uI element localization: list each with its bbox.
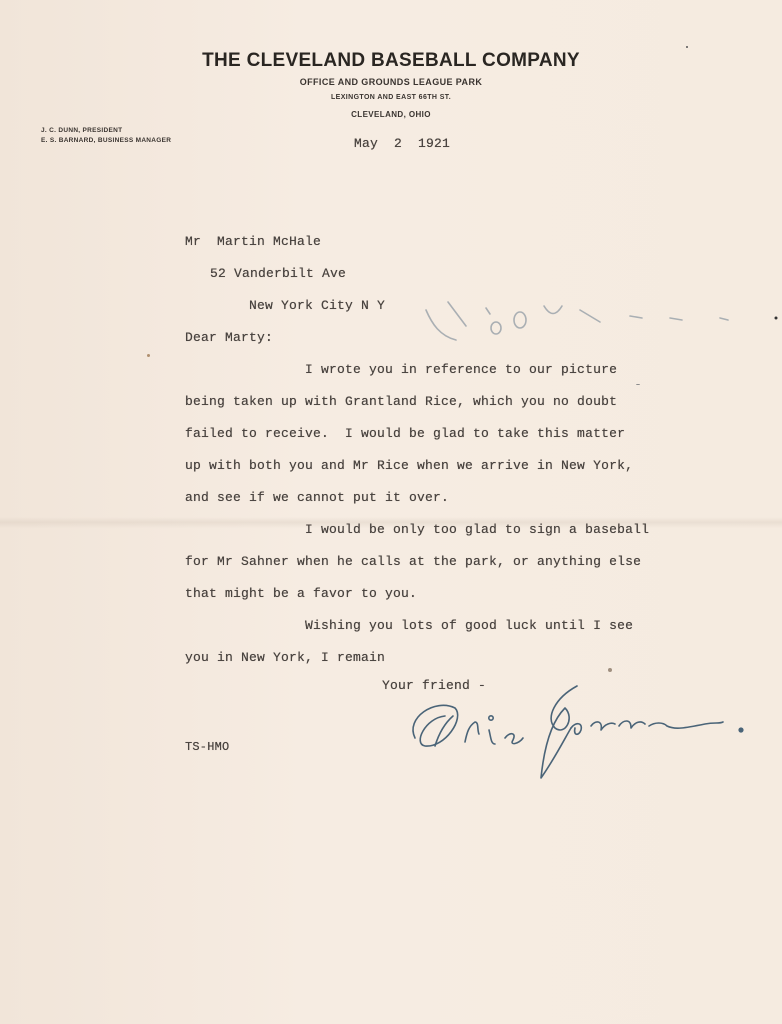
body-line: failed to receive. I would be glad to ta… [185, 426, 625, 441]
officer-president: J. C. DUNN, PRESIDENT [41, 126, 171, 136]
recipient-city: New York City N Y [249, 298, 385, 313]
body-line: that might be a favor to you. [185, 586, 417, 601]
paper-speck [608, 668, 612, 672]
body-line: you in New York, I remain [185, 650, 385, 665]
paper-speck [636, 384, 640, 385]
signature-tris-speaker: Tris Speaker [405, 678, 755, 788]
body-line: Wishing you lots of good luck until I se… [185, 618, 633, 633]
letterhead-company-name: THE CLEVELAND BASEBALL COMPANY [0, 50, 782, 72]
salutation: Dear Marty: [185, 330, 273, 345]
recipient-street: 52 Vanderbilt Ave [210, 266, 346, 281]
letter-date: May 2 1921 [354, 136, 450, 151]
letterhead-officers: J. C. DUNN, PRESIDENT E. S. BARNARD, BUS… [41, 126, 171, 146]
faded-stamp-mark [420, 296, 780, 346]
officer-business-manager: E. S. BARNARD, BUSINESS MANAGER [41, 136, 171, 146]
letterhead-address-line: LEXINGTON AND EAST 66TH ST. [191, 94, 591, 101]
body-line: for Mr Sahner when he calls at the park,… [185, 554, 641, 569]
letter-paper: THE CLEVELAND BASEBALL COMPANY OFFICE AN… [0, 0, 782, 1024]
letterhead-office-line: OFFICE AND GROUNDS LEAGUE PARK [191, 77, 591, 87]
body-line: I wrote you in reference to our picture [185, 362, 617, 377]
letterhead-city-line: CLEVELAND, OHIO [191, 110, 591, 119]
body-line: I would be only too glad to sign a baseb… [185, 522, 649, 537]
body-line: being taken up with Grantland Rice, whic… [185, 394, 617, 409]
body-line: and see if we cannot put it over. [185, 490, 449, 505]
body-line: up with both you and Mr Rice when we arr… [185, 458, 633, 473]
paper-speck [686, 46, 688, 48]
recipient-name: Mr Martin McHale [185, 234, 321, 249]
reference-initials: TS-HMO [185, 740, 229, 754]
paper-speck [147, 354, 150, 357]
